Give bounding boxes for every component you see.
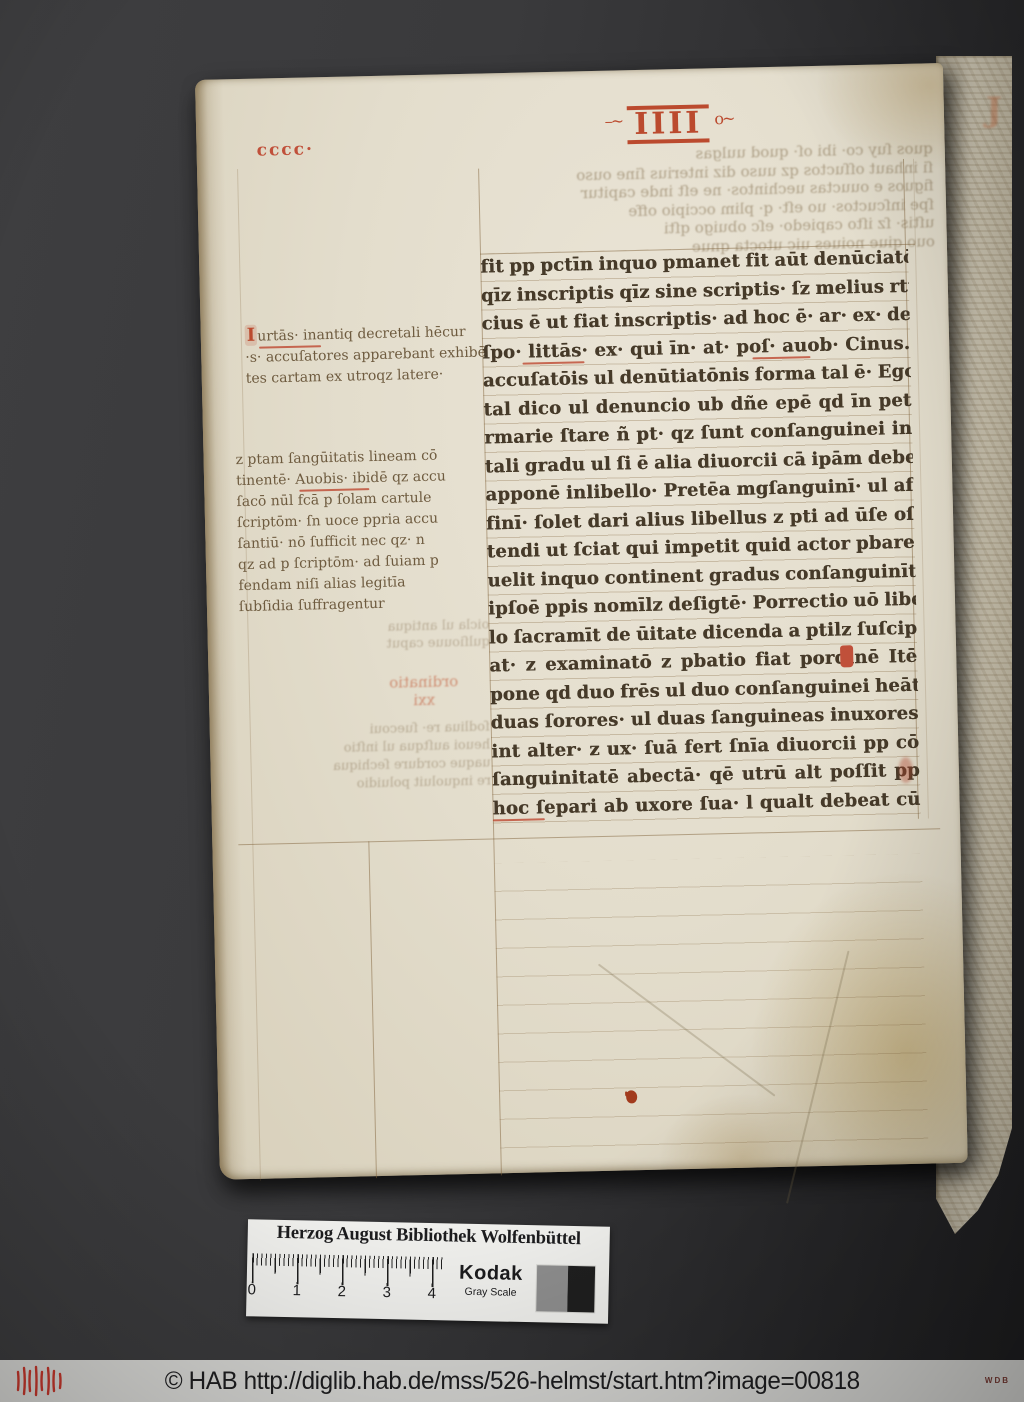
- hab-logo-icon: [14, 1364, 76, 1398]
- manuscript-page: cccc· –~ IIII o~ quos ſuy co· ibi oſ· qu…: [195, 63, 968, 1180]
- gloss-rubric-initial: I: [245, 325, 258, 346]
- black-patch: [567, 1266, 595, 1313]
- ruling-line: [238, 828, 940, 845]
- rubric-paraph-mark: [840, 645, 853, 667]
- footer-strip: © HAB http://diglib.hab.de/mss/526-helms…: [0, 1360, 1024, 1402]
- bleedthrough-rubric: ordinatioxxi: [359, 671, 490, 710]
- marginal-gloss-upper: Iurtās· inantiq decretali hēcur ·s· accu…: [245, 319, 487, 389]
- kodak-gray-scale-label: Gray Scale: [450, 1285, 530, 1299]
- gloss-line: ſubſidia ſuffragentur: [239, 592, 449, 618]
- bleedthrough-line: re inquoluit poluidio: [291, 772, 491, 795]
- ruler-number: 0: [247, 1281, 292, 1299]
- ruler-number: 2: [337, 1283, 382, 1301]
- red-ink-spot: [626, 1090, 637, 1103]
- ruling-line: [368, 841, 377, 1178]
- blank-ruling: [494, 854, 929, 1164]
- wdb-watermark: WDB: [985, 1376, 1010, 1385]
- bleedthrough-gloss: ſodliua re· ſuecouiheuoi auſtqua ul inſt…: [290, 718, 492, 795]
- rubric-flourish: o~: [714, 109, 733, 128]
- binding-gutter-shading: [195, 79, 250, 1179]
- marginal-gloss-lower: z ptam ſangūitatis lineam cōtinentē· Auo…: [235, 445, 449, 618]
- library-name: Herzog August Bibliothek Wolfenbüttel: [248, 1222, 610, 1251]
- gloss-line: tes cartam ex utroqz latere·: [246, 363, 487, 389]
- ruler-number: 3: [382, 1284, 427, 1302]
- digitized-manuscript-photo: J cccc· –~ IIII o~ quos ſuy co· ibi oſ· …: [0, 0, 1024, 1402]
- gloss-line: urtās· inantiq decretali hēcur: [257, 324, 466, 345]
- rubric-flourish: –~: [604, 111, 622, 130]
- bleedthrough-line: xxi: [359, 689, 489, 710]
- ghost-rubric-initial: J: [986, 90, 1002, 130]
- folio-numeral: IIII: [627, 104, 710, 144]
- kodak-brand: Kodak: [451, 1261, 531, 1286]
- gray-patch: [536, 1265, 568, 1312]
- bleedthrough-line: qulſiouue caput: [300, 633, 490, 654]
- library-scale-card: Herzog August Bibliothek Wolfenbüttel 01…: [246, 1219, 610, 1324]
- ruler-number: 1: [292, 1282, 337, 1300]
- copyright-url-text: © HAB http://diglib.hab.de/mss/526-helms…: [164, 1367, 859, 1396]
- red-smudge: [899, 757, 914, 783]
- bleedthrough-gloss: oicla ul antiquaqulſiouue caput: [299, 616, 490, 654]
- kodak-label: Kodak Gray Scale: [450, 1261, 531, 1299]
- folio-number-heading: –~ IIII o~: [564, 103, 775, 146]
- gray-scale-patch: [535, 1264, 596, 1313]
- main-text-block: fit pp pctīn inquo pmanet fit aūt denūci…: [480, 244, 921, 826]
